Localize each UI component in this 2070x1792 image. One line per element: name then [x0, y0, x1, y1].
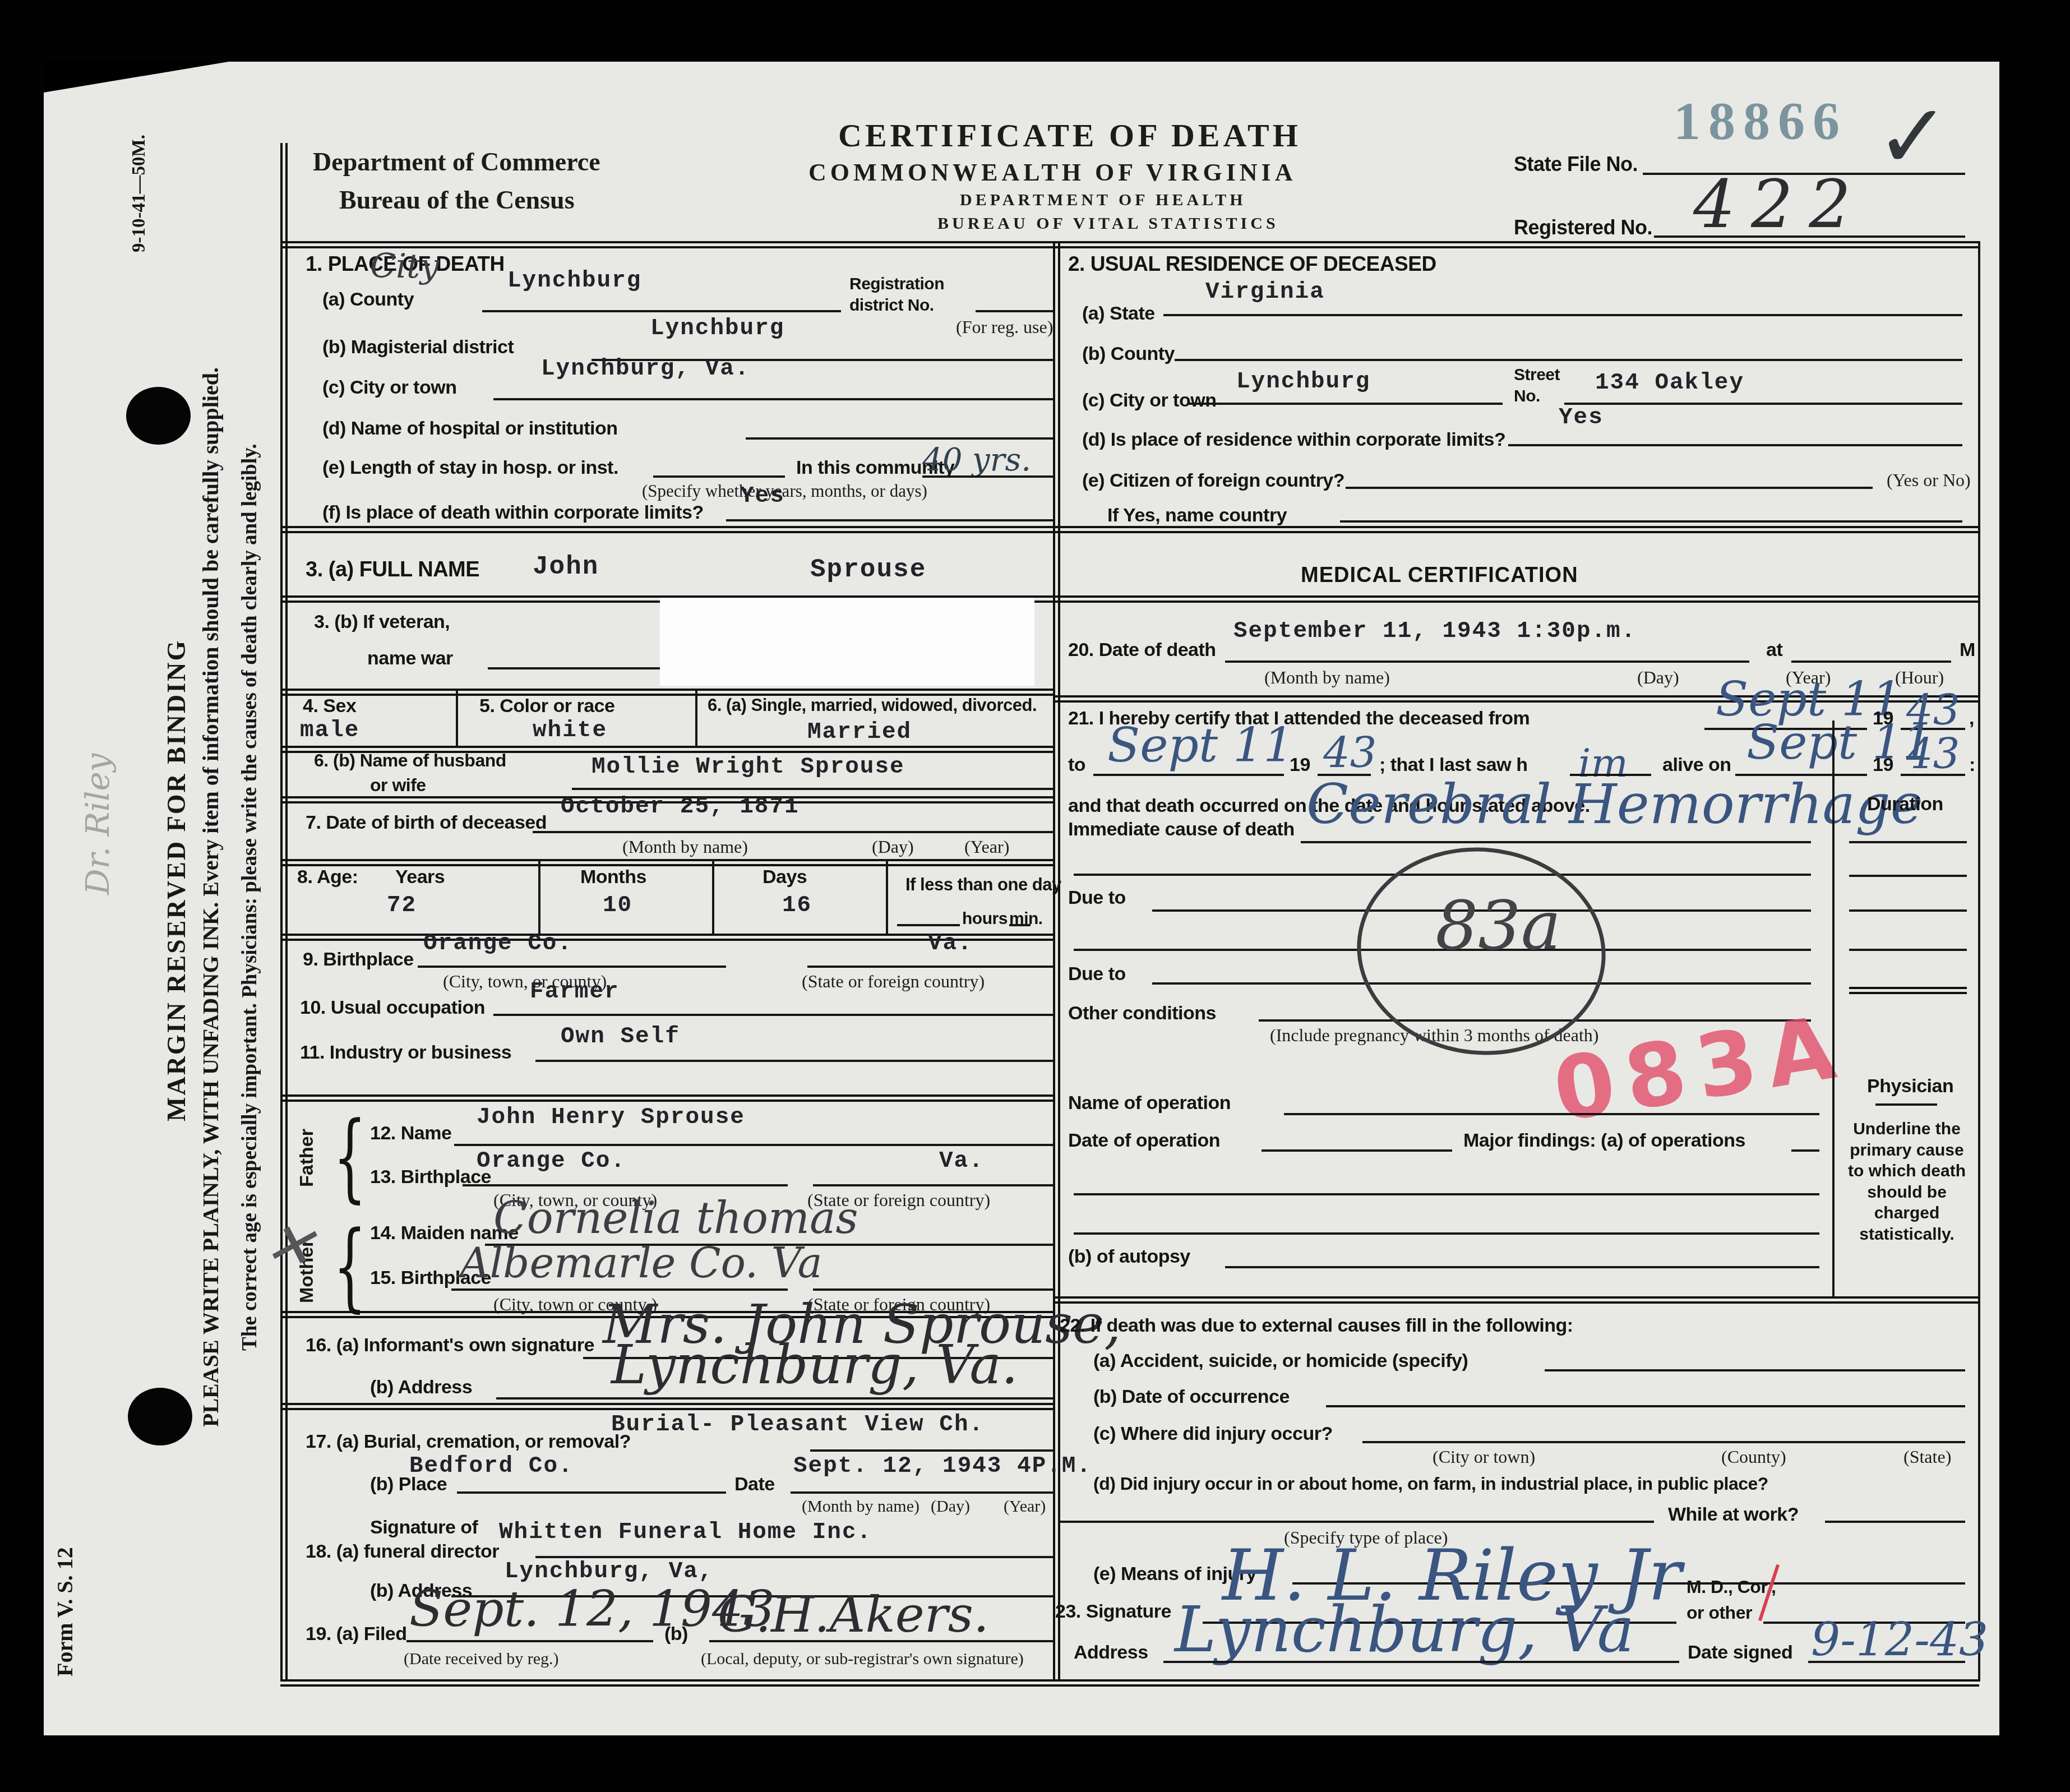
underline	[1875, 1103, 1937, 1106]
s5-label: 5. Color or race	[479, 695, 614, 717]
s1c-value: Lynchburg, Va.	[541, 356, 750, 382]
s20-value: September 11, 1943 1:30p.m.	[1233, 618, 1636, 644]
s2d-label: (d) Is place of residence within corpora…	[1082, 429, 1505, 451]
s13-value-2: Va.	[939, 1148, 984, 1174]
underline	[1654, 235, 1965, 238]
s18a-value: Whitten Funeral Home Inc.	[499, 1519, 872, 1545]
s16b-label: (b) Address	[370, 1377, 472, 1398]
s1-reg-label-2: district No.	[849, 296, 934, 315]
s9-value-2: Va.	[928, 931, 973, 957]
underline	[791, 1491, 1053, 1494]
s8-years-label: Years	[395, 866, 445, 888]
s2d-value: Yes	[1559, 405, 1604, 431]
underline	[1074, 1232, 1819, 1235]
underline	[1849, 875, 1967, 877]
row-divider	[280, 1403, 1053, 1410]
major-findings-label: Major findings: (a) of operations	[1463, 1130, 1745, 1152]
s2b-label: (b) County	[1082, 343, 1175, 365]
s1b-label: (b) Magisterial district	[322, 336, 514, 358]
s17-sub-day: (Day)	[931, 1497, 970, 1516]
underline	[1791, 1149, 1819, 1152]
s8-years-value: 72	[387, 893, 417, 918]
underline	[1346, 487, 1873, 489]
row-divider	[280, 859, 1053, 866]
s3b-label-1: 3. (b) If veteran,	[314, 611, 450, 633]
s17-sub-year: (Year)	[1004, 1497, 1046, 1516]
cell-divider	[695, 689, 697, 746]
s1d-label: (d) Name of hospital or institution	[322, 418, 617, 440]
physician-label: Physician	[1867, 1075, 1953, 1097]
s1-reg-use-note: (For reg. use)	[956, 317, 1053, 338]
s1a-label: (a) County	[322, 289, 414, 311]
registered-number-value: 422	[1693, 165, 1866, 243]
autopsy-label: (b) of autopsy	[1068, 1246, 1190, 1268]
s1b-value: Lynchburg	[650, 316, 784, 341]
s21-to-year: 43	[1323, 728, 1376, 777]
cause-value: Cerebral Hemorrhage	[1306, 773, 1923, 837]
underline	[1849, 909, 1967, 912]
s21-comma: ,	[1969, 708, 1974, 729]
underline	[1508, 444, 1962, 446]
underline	[976, 310, 1053, 312]
underline	[1163, 314, 1962, 316]
row-divider	[280, 1094, 1053, 1102]
section-divider	[280, 526, 1979, 533]
underline	[406, 1640, 653, 1642]
s2a-value: Virginia	[1205, 279, 1325, 305]
underline	[572, 788, 1053, 790]
s7-label: 7. Date of birth of deceased	[306, 812, 547, 834]
underline	[1284, 1113, 1819, 1115]
underline	[1362, 1441, 1965, 1443]
s18a-label-1: Signature of	[370, 1517, 478, 1539]
s17a-value: Burial- Pleasant View Ch.	[611, 1412, 984, 1438]
s8-days-value: 16	[782, 893, 812, 918]
underline	[1808, 1661, 1965, 1663]
margin-instructions-2: The correct age is especially important.…	[238, 84, 262, 1710]
underline	[1301, 841, 1811, 843]
s6b-value: Mollie Wright Sprouse	[592, 754, 905, 780]
s2-street-label-1: Street	[1514, 366, 1560, 385]
section-divider	[280, 595, 1979, 603]
pencil-margin-note: Dr. Riley	[78, 706, 117, 942]
underline	[1093, 774, 1284, 776]
s8-min-label: min.	[1009, 909, 1043, 929]
s23-address-label: Address	[1074, 1642, 1148, 1664]
s21-colon: :	[1969, 754, 1975, 776]
s2-street-value: 134 Oakley	[1595, 370, 1744, 396]
underline	[1791, 661, 1951, 663]
s2a-label: (a) State	[1082, 303, 1155, 325]
s2e-label: (e) Citizen of foreign country?	[1082, 470, 1344, 492]
duration-label: Duration	[1867, 793, 1943, 815]
s2e-note: (Yes or No)	[1887, 470, 1971, 491]
underline	[496, 1397, 1053, 1400]
s9-value-1: Orange Co.	[423, 931, 572, 957]
s7-value: October 25, 1871	[561, 794, 800, 820]
s13-value-1: Orange Co.	[477, 1148, 626, 1174]
underline	[813, 1288, 1053, 1291]
s19b-signature: G.H.Akers.	[718, 1586, 989, 1643]
s17-date-label: Date	[734, 1474, 775, 1495]
underline	[1175, 359, 1962, 361]
s8-label: 8. Age:	[297, 866, 358, 888]
underline	[535, 1060, 1053, 1062]
circled-code: 83a	[1435, 887, 1561, 965]
s17a-label: 17. (a) Burial, cremation, or removal?	[306, 1431, 631, 1453]
underline	[488, 667, 660, 669]
s1f-value: Yes	[740, 483, 785, 509]
underline	[1163, 1661, 1679, 1663]
s12-label: 12. Name	[370, 1123, 451, 1144]
s22c-sub-2: (County)	[1721, 1447, 1786, 1467]
form-bottom-border	[280, 1679, 1979, 1687]
bureau-vital-stats: BUREAU OF VITAL STATISTICS	[937, 214, 1279, 233]
s21-alive-value: Sept 11	[1746, 715, 1933, 770]
s17-date-value: Sept. 12, 1943 4P.M.	[793, 1453, 1092, 1479]
underline	[1060, 1521, 1654, 1523]
or-other-label: or other	[1687, 1602, 1752, 1623]
s21-to-value: Sept 11	[1107, 718, 1293, 773]
s1c-label: (c) City or town	[322, 377, 456, 399]
due-to-label-1: Due to	[1068, 887, 1126, 909]
s10-label: 10. Usual occupation	[300, 997, 485, 1019]
underline	[709, 1640, 1053, 1642]
underline	[897, 924, 960, 926]
s1a-value: Lynchburg	[507, 268, 641, 294]
s11-label: 11. Industry or business	[300, 1042, 511, 1064]
s21-to-label: to	[1068, 754, 1085, 776]
s22c-sub-1: (City or town)	[1433, 1447, 1535, 1467]
s6a-value: Married	[807, 719, 912, 745]
underline	[1340, 520, 1962, 523]
physician-note: Underline the primary cause to which dea…	[1842, 1119, 1972, 1245]
date-signed-value: 9-12-43	[1811, 1614, 1988, 1667]
s5-value: white	[533, 718, 607, 743]
s20-m-label: M	[1960, 639, 1975, 661]
margin-instructions-1: PLEASE WRITE PLAINLY, WITH UNFADING INK.…	[197, 84, 224, 1710]
cell-divider	[886, 859, 888, 934]
s22c-label: (c) Where did injury occur?	[1093, 1423, 1333, 1445]
s1-city-handwriting: City	[370, 247, 439, 286]
s7-sub-month: (Month by name)	[622, 837, 748, 857]
s23-label: 23. Signature	[1055, 1601, 1171, 1623]
s4-value: male	[300, 718, 359, 743]
underline	[1189, 403, 1503, 405]
s11-value: Own Self	[561, 1024, 680, 1050]
s22b-label: (b) Date of occurrence	[1093, 1386, 1290, 1408]
s8-months-value: 10	[603, 893, 632, 918]
underline	[1545, 1369, 1965, 1371]
s12-value: John Henry Sprouse	[477, 1105, 745, 1130]
underline	[1564, 403, 1962, 405]
s2c-label: (c) City or town	[1082, 390, 1216, 412]
cell-divider	[456, 689, 458, 746]
underline	[533, 831, 1053, 833]
s17-sub-month: (Month by name)	[802, 1497, 920, 1516]
punch-hole	[126, 387, 191, 445]
underline	[807, 966, 1053, 968]
duration-end-line	[1849, 987, 1967, 994]
father-brace: {	[333, 1102, 366, 1213]
s6a-label: 6. (a) Single, married, widowed, divorce…	[708, 695, 1037, 715]
registered-label: Registered No.	[1514, 216, 1652, 239]
underline	[1825, 1521, 1965, 1523]
s19-sub-2: (Local, deputy, or sub-registrar's own s…	[701, 1650, 1024, 1669]
s6b-label-2: or wife	[370, 775, 426, 796]
operation-label: Name of operation	[1068, 1092, 1231, 1114]
s2-title: 2. USUAL RESIDENCE OF DECEASED	[1068, 252, 1436, 276]
cell-divider	[538, 859, 540, 934]
s20-sub-day: (Day)	[1637, 667, 1679, 688]
underline	[418, 966, 726, 968]
underline	[726, 519, 1053, 521]
s9-sub-2: (State or foreign country)	[802, 971, 985, 992]
underline	[1849, 841, 1967, 843]
s22-label: 22. If death was due to external causes …	[1060, 1315, 1573, 1337]
s1f-label: (f) Is place of death within corporate l…	[322, 502, 704, 524]
s19a-label: 19. (a) Filed	[306, 1623, 407, 1645]
s19-sub-1: (Date received by reg.)	[404, 1650, 559, 1669]
cell-divider	[712, 859, 714, 934]
s10-value: Farmer	[530, 979, 620, 1005]
s22c-sub-3: (State)	[1903, 1447, 1951, 1467]
s18a-label-2: 18. (a) funeral director	[306, 1541, 499, 1563]
state-file-label: State File No.	[1514, 153, 1638, 176]
underline	[454, 1144, 1053, 1146]
full-name-first: John	[533, 552, 599, 581]
s21-alive-year: 43	[1906, 729, 1960, 778]
s2-street-label-2: No.	[1514, 387, 1540, 406]
medical-cert-title: MEDICAL CERTIFICATION	[1301, 564, 1578, 588]
s16a-label: 16. (a) Informant's own signature	[306, 1334, 594, 1356]
while-at-work-label: While at work?	[1668, 1504, 1799, 1526]
s15-value: Albemarle Co. Va	[460, 1239, 823, 1287]
s1-reg-label-1: Registration	[849, 275, 944, 294]
s23-address-value: Lynchburg, Va	[1175, 1594, 1634, 1666]
s8-less-label: If less than one day	[905, 875, 1061, 895]
other-conditions-label: Other conditions	[1068, 1003, 1216, 1024]
s20-label: 20. Date of death	[1068, 639, 1216, 661]
s3a-label: 3. (a) FULL NAME	[306, 558, 479, 582]
underline	[457, 1491, 726, 1494]
file-number-stamp: 18866	[1674, 90, 1847, 152]
s8-days-label: Days	[763, 866, 807, 888]
underline	[1262, 1149, 1452, 1152]
bureau-census: Bureau of the Census	[339, 185, 575, 215]
underline	[810, 1449, 1053, 1452]
underline	[1225, 1266, 1819, 1268]
due-to-label-2: Due to	[1068, 963, 1126, 985]
mother-brace: {	[333, 1211, 366, 1322]
form-right-border	[1978, 241, 1980, 1682]
certificate-title: CERTIFICATE OF DEATH	[838, 117, 1301, 154]
operation-date-label: Date of operation	[1068, 1130, 1220, 1152]
s20-at-label: at	[1766, 639, 1782, 661]
underline	[746, 437, 1053, 440]
scanned-death-certificate: Form V. S. 12 9-10-41—50M. Dr. Riley MAR…	[0, 0, 2070, 1792]
date-signed-label: Date signed	[1688, 1642, 1792, 1664]
form-left-border	[280, 143, 288, 1682]
underline	[1849, 949, 1967, 951]
underline	[653, 475, 785, 478]
s19b-label: (b)	[664, 1623, 688, 1645]
underline	[922, 475, 1053, 478]
s6b-label-1: 6. (b) Name of husband	[314, 750, 506, 771]
punch-hole	[128, 1388, 192, 1445]
s3b-label-2: name war	[367, 648, 453, 669]
s7-sub-day: (Day)	[872, 837, 914, 857]
underline	[535, 1556, 1053, 1558]
s8-hours-label: hours	[962, 909, 1008, 929]
underline	[813, 1184, 1053, 1186]
s14-value: Cornelia thomas	[493, 1193, 858, 1244]
s22a-label: (a) Accident, suicide, or homicide (spec…	[1093, 1350, 1468, 1372]
s2-if-yes-label: If Yes, name country	[1107, 505, 1287, 526]
father-side-label: Father	[296, 1113, 318, 1203]
underline	[451, 1288, 788, 1291]
underline	[1225, 661, 1749, 663]
s22d-label: (d) Did injury occur in or about home, o…	[1093, 1474, 1768, 1494]
s7-sub-year: (Year)	[964, 837, 1009, 857]
redaction-box	[660, 598, 1034, 686]
underline	[493, 1014, 1053, 1016]
underline	[1326, 1405, 1965, 1407]
s16b-value: Lynchburg, Va.	[611, 1334, 1018, 1396]
underline	[463, 1184, 788, 1186]
duration-column-divider	[1832, 721, 1835, 1296]
print-code: 9-10-41—50M.	[129, 90, 150, 297]
s8-months-label: Months	[580, 866, 646, 888]
dept-health: DEPARTMENT OF HEALTH	[960, 191, 1246, 210]
form-number: Form V. S. 12	[52, 1503, 78, 1721]
s20-sub-month: (Month by name)	[1264, 667, 1390, 688]
cause-label: Immediate cause of death	[1068, 819, 1295, 840]
full-name-last: Sprouse	[810, 555, 926, 584]
s1e-label: (e) Length of stay in hosp. or inst.	[322, 457, 618, 479]
dept-commerce: Department of Commerce	[313, 147, 600, 177]
underline	[1074, 1193, 1819, 1195]
underline	[482, 310, 841, 312]
s9-label: 9. Birthplace	[303, 949, 414, 971]
commonwealth-subtitle: COMMONWEALTH OF VIRGINIA	[808, 158, 1296, 187]
md-cor-label: M. D., Cor.,	[1687, 1577, 1776, 1597]
row-divider	[1053, 1296, 1979, 1304]
underline	[493, 398, 1053, 400]
s4-label: 4. Sex	[303, 695, 356, 717]
margin-binding-text: MARGIN RESERVED FOR BINDING	[161, 566, 191, 1194]
s2c-value: Lynchburg	[1236, 369, 1370, 395]
s1e-value: 40 yrs.	[922, 442, 1031, 478]
s17b-value: Bedford Co.	[409, 1453, 574, 1479]
